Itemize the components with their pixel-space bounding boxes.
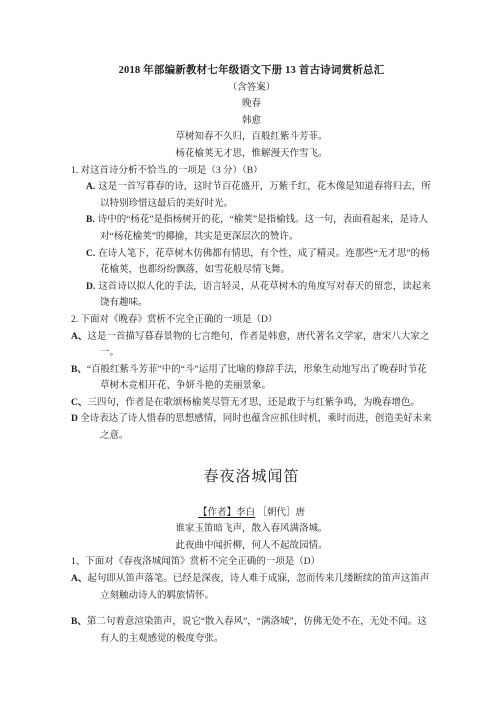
option-letter: B、 <box>71 365 87 375</box>
poem1-q2-option-a: A、这是一首描写暮春景物的七言绝句，作者是韩愈，唐代著名文学家，唐宋八大家之一。 <box>71 329 432 362</box>
poem1-q1-option-c: C.在诗人笔下，花草树木仿佛都有情思，有个性，成了精灵。连那些“无才思”的杨花榆… <box>86 246 432 279</box>
poem1-q1-option-b: B.诗中的“杨花”是指杨树开的花，“榆荚”是指榆钱。这一句，表面看起来，是诗人对… <box>86 212 432 245</box>
option-text: 这首诗以拟人化的手法，语言轻灵，从花草树木的角度写对春天的留恋，读起来饶有趣味。 <box>98 282 431 309</box>
poem1-q1-option-a: A.这是一首写暮春的诗，这时节百花盛开，万紫千红，花木像是知道春将归去，所以特别… <box>86 179 432 212</box>
option-letter: A、 <box>71 332 87 342</box>
option-text: 这是一首写暮春的诗，这时节百花盛开，万紫千红，花木像是知道春将归去，所以特别珍惜… <box>98 182 431 209</box>
poem2-q1-option-a: A、起句即从笛声落笔。已经是深夜，诗人难于成寐，忽而传来几缕断续的笛声这笛声立刻… <box>71 571 432 604</box>
option-letter: D <box>71 414 80 424</box>
option-letter: B. <box>86 215 95 225</box>
option-text: 三四句，作者是在歌颂杨榆荚尽管无才思，还是敢于与红紫争鸣，为晚春增色。 <box>87 398 420 408</box>
poem1-question2-stem: 2. 下面对《晚春》赏析不完全正确的一项是（D） <box>71 312 432 329</box>
poem1-q2-option-c: C、三四句，作者是在歌颂杨榆荚尽管无才思，还是敢于与红紫争鸣，为晚春增色。 <box>71 395 432 412</box>
document-subtitle: （含答案） <box>71 80 432 97</box>
poem1-q1-option-d: D.这首诗以拟人化的手法，语言轻灵，从花草树木的角度写对春天的留恋，读起来饶有趣… <box>86 279 432 312</box>
option-text: 全诗表达了诗人惜春的思想感情，同时也蕴含应抓住时机，乘时而进，创造美好未来之意。 <box>80 414 432 441</box>
poem1-title: 晚春 <box>71 96 432 113</box>
option-text: 诗中的“杨花”是指杨树开的花，“榆荚”是指榆钱。这一句，表面看起来，是诗人对“杨… <box>98 215 428 242</box>
poem1-q2-option-b: B、“百般红紫斗芳菲”中的“斗”运用了比喻的修辞手法，形象生动地写出了晚春时节花… <box>71 362 432 395</box>
poem1-author: 韩愈 <box>71 113 432 130</box>
poem1-q2-option-d: D 全诗表达了诗人惜春的思想感情，同时也蕴含应抓住时机，乘时而进，创造美好未来之… <box>71 411 432 444</box>
option-text: 这是一首描写暮春景物的七言绝句，作者是韩愈，唐代著名文学家，唐宋八大家之一。 <box>87 332 429 359</box>
poem2-q1-option-b: B、第二句着意渲染笛声，说它“散入春风”，“满洛城”，仿佛无处不在，无处不闻。这… <box>71 614 432 647</box>
poem1-question1-stem: 1. 对这首诗分析不恰当.的一项是（3 分）（B） <box>71 163 432 180</box>
option-letter: A、 <box>71 574 87 584</box>
option-text: 在诗人笔下，花草树木仿佛都有情思，有个性，成了精灵。连那些“无才思”的杨花榆荚，… <box>98 249 429 276</box>
poem1-verse-line: 杨花榆荚无才思，惟解漫天作雪飞。 <box>71 146 432 163</box>
option-letter: D. <box>86 282 95 292</box>
poem2-verse-line: 此夜曲中闻折柳，何人不起故园情。 <box>71 538 432 555</box>
option-letter: C、 <box>71 398 87 408</box>
option-letter: B、 <box>71 617 87 627</box>
poem2-question1-stem: 1、下面对《春夜洛城闻笛》赏析不完全正确的一项是（D） <box>71 554 432 571</box>
document-title: 2018 年部编新教材七年级语文下册 13 首古诗词赏析总汇 <box>71 63 432 80</box>
poem2-author-line: 【作者】李白 ［朝代］唐 <box>71 505 432 522</box>
option-letter: C. <box>86 249 95 259</box>
poem2-author-name: 【作者】李白 <box>198 508 255 518</box>
poem1-verse-line: 草树知春不久归，百般红紫斗芳菲。 <box>71 129 432 146</box>
option-text: “百般红紫斗芳菲”中的“斗”运用了比喻的修辞手法，形象生动地写出了晚春时节花草树… <box>87 365 427 392</box>
option-letter: A. <box>86 182 95 192</box>
document-page: 2018 年部编新教材七年级语文下册 13 首古诗词赏析总汇 （含答案） 晚春 … <box>0 0 500 708</box>
poem2-verse-line: 谁家玉笛暗飞声，散入春风满洛城。 <box>71 521 432 538</box>
poem2-author-dynasty: ［朝代］唐 <box>257 508 305 518</box>
option-text: 起句即从笛声落笔。已经是深夜，诗人难于成寐，忽而传来几缕断续的笛声这笛声立刻触动… <box>87 574 429 601</box>
poem2-title: 春夜洛城闻笛 <box>71 467 432 487</box>
option-text: 第二句着意渲染笛声，说它“散入春风”，“满洛城”，仿佛无处不在，无处不闻。这有人… <box>87 617 427 644</box>
